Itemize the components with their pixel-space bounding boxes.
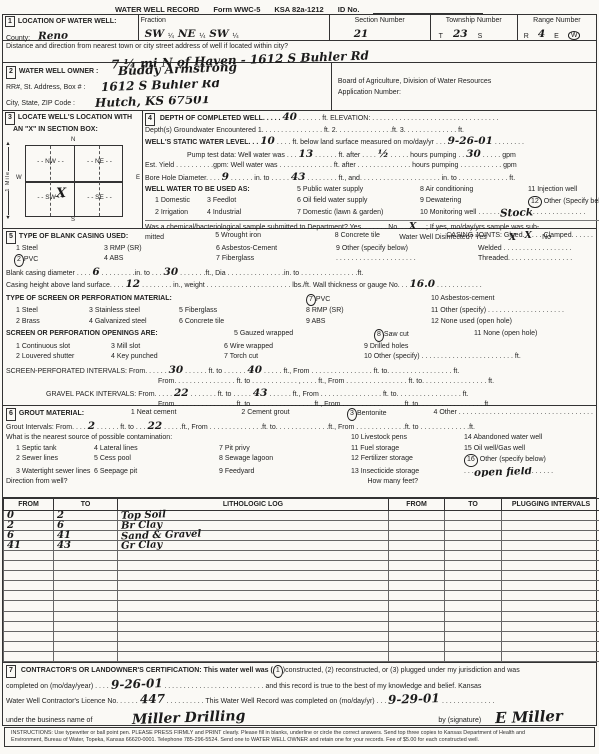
table-row: [4, 551, 599, 561]
form-id-blank: [373, 5, 483, 14]
joints-glued-x: X: [525, 231, 532, 244]
compass-n: N: [71, 137, 75, 143]
township-label: Township Number: [431, 15, 517, 26]
screen-option-3: 3 Stainless steel: [89, 306, 179, 317]
pump-hours-value: ½: [378, 149, 389, 160]
opening-option-11: 11 None (open hole): [474, 329, 537, 342]
table-row: 4143Gr Clay: [4, 541, 599, 551]
section-number-value: 21: [354, 28, 369, 40]
table-header-row: FROM TO LITHOLOGIC LOG FROM TO PLUGGING …: [4, 499, 599, 511]
form-ksa: KSA 82a-1212: [274, 5, 323, 14]
casing-height-mid: . . . . . . . . in., weight . . . . . . …: [142, 282, 407, 289]
section1-location: 1LOCATION OF WATER WELL: County: Reno Fr…: [3, 15, 596, 41]
owner-address-label: RR#, St. Address, Box # :: [6, 84, 85, 91]
static-level-value: 10: [260, 136, 275, 147]
joints-welded: Welded . . . . . . . . . . . . . . . . .…: [448, 244, 572, 255]
table-row: [4, 631, 599, 641]
direction-from-well-label: Direction from well?: [6, 477, 67, 488]
screen-option-8: 8 RMP (SR): [306, 306, 431, 317]
opening-option-9: 9 Drilled holes: [364, 342, 408, 353]
contam-option-14: 14 Abandoned water well: [464, 433, 542, 444]
section3-title-2: AN "X" IN SECTION BOX:: [3, 125, 142, 136]
use-option-3: 3 Feedlot: [207, 196, 297, 209]
constructed-1-circled: 1: [273, 665, 283, 678]
instructions-line1: INSTRUCTIONS: Use typewriter or ball poi…: [11, 730, 588, 737]
certification-line2b: . . . . . . . . . . . . . . . . . . . . …: [164, 683, 481, 690]
use-option-4: 4 Industrial: [207, 208, 297, 219]
section-box: - - NW - - - - NE - - - - SW - - - - SE …: [25, 145, 123, 217]
contam-option-6: 6 Seepage pit: [94, 467, 219, 478]
chem-sample-line2: . . ; If yes, mo/day/yrs sample was sub-: [418, 224, 539, 231]
section7-certification: 7 CONTRACTOR'S OR LANDOWNER'S CERTIFICAT…: [3, 662, 596, 725]
form-id-label: ID No.: [338, 5, 360, 14]
opening-option-7: 7 Torch cut: [224, 352, 364, 363]
certification-line3a: Water Well Contractor's Licence No. . . …: [6, 698, 138, 705]
table-row: 641Sand & Gravel: [4, 531, 599, 541]
casing-option-7: 7 Fiberglass: [216, 254, 336, 267]
litho-to: 41: [57, 531, 71, 540]
screen-option-5: 5 Fiberglass: [179, 306, 306, 317]
use-other-after: . . . . . . . . . . . . . .: [533, 208, 586, 219]
quarter-mark-2: ¼: [199, 33, 205, 40]
casing-option-1: 1 Steel: [6, 244, 104, 255]
section4-depth: 4 DEPTH OF COMPLETED WELL. . . . . 40 . …: [143, 111, 599, 228]
certification-line3b: . . . . . . . . . . This Water Well Reco…: [167, 698, 387, 705]
well-x-mark: X: [56, 186, 66, 201]
township-t: T: [439, 33, 443, 40]
water-well-record-form: WATER WELL RECORD Form WWC-5 KSA 82a-121…: [0, 0, 599, 754]
opening-option-2: 2 Louvered shutter: [6, 352, 111, 363]
completed-date-value: 9-26-01: [110, 678, 162, 692]
pump-after: . . . . . gpm: [483, 152, 516, 159]
static-level-label: WELL'S STATIC WATER LEVEL. . .: [145, 139, 258, 146]
casing-option-3: 3 RMP (SR): [104, 244, 216, 255]
fraction-label: Fraction: [139, 15, 329, 26]
form-number: Form WWC-5: [213, 5, 260, 14]
instructions-line2: Environment, Bureau of Water, Topeka, Ka…: [11, 737, 588, 744]
contam-option-16: Other (specify below): [480, 456, 546, 463]
litho-to: 2: [57, 511, 64, 520]
quarter-mark-1: ¼: [168, 33, 174, 40]
section7-number: 7: [6, 665, 16, 678]
bore-mid: . . . . . . in. to . . . . .: [231, 175, 289, 182]
litho-from: 41: [7, 541, 21, 550]
opening-option-5: 5 Gauzed wrapped: [234, 329, 374, 342]
casing-diameter-label: Blank casing diameter . . . .: [6, 270, 90, 277]
owner-address-value: 1612 S Buhler Rd: [101, 80, 220, 93]
spi-mid: . . . . . . ft. to . . . . . .: [185, 368, 245, 375]
section2-number: 2: [6, 66, 16, 79]
opening-option-8-circled: 8: [374, 329, 384, 342]
quadrant-nw: - - NW - -: [26, 158, 75, 165]
contam-option-15: 15 Oil well/Gas well: [464, 444, 525, 455]
certification-line1b: )constructed, (2) reconstructed, or (3) …: [283, 667, 520, 674]
township-s: S: [478, 33, 483, 40]
use-option-9: 9 Dewatering: [420, 196, 528, 209]
pump-depth-value: 13: [299, 149, 314, 160]
contam-option-9: 9 Feedyard: [219, 467, 351, 478]
litho-from: 0: [7, 511, 14, 520]
spi-to-value: 40: [247, 365, 262, 376]
screen-option-9: 9 ABS: [306, 317, 431, 328]
range-label: Range Number: [518, 15, 596, 26]
form-header: WATER WELL RECORD Form WWC-5 KSA 82a-121…: [0, 0, 599, 14]
fraction-value-1: SW: [145, 28, 164, 40]
spi-after: . . . . . ft., From . . . . . . . . . . …: [264, 368, 459, 375]
contam-option-2: 2 Sewer lines: [6, 454, 94, 467]
contam-option-5: 5 Cess pool: [94, 454, 219, 467]
grout-option-1: 1 Neat cement: [131, 408, 241, 421]
litho-to: 43: [57, 541, 71, 550]
litho-from: 2: [7, 521, 14, 530]
static-level-date: 9-26-01: [448, 136, 493, 147]
joints-clamped: . . . Clamped. . . . . .: [532, 231, 593, 244]
use-option-8: 8 Air conditioning: [420, 185, 528, 196]
screen-option-7-circled: 7: [306, 294, 316, 307]
county-label: County:: [6, 35, 30, 42]
casing-diameter-after: . . . . . . .ft., Dia . . . . . . . . . …: [180, 270, 363, 277]
instructions-footer: INSTRUCTIONS: Use typewriter or ball poi…: [4, 727, 595, 747]
est-yield-line: Est. Yield . . . . . . . . . .gpm: Well …: [145, 161, 599, 172]
county-value: Reno: [38, 29, 68, 42]
contam-option-4: 4 Lateral lines: [94, 444, 219, 455]
grout-option-4: 4 Other . . . . . . . . . . . . . . . . …: [434, 408, 593, 421]
joints-threaded: Threaded. . . . . . . . . . . . . . . . …: [448, 254, 572, 267]
owner-value: Buddy Armstrong: [118, 64, 237, 77]
gpi-after: . . . . . . ft., From . . . . . . . . . …: [269, 391, 468, 398]
gpi-label: GRAVEL PACK INTERVALS: From. . . . .: [46, 391, 172, 398]
chem-no-x: X: [409, 221, 416, 232]
opening-option-4: 4 Key punched: [111, 352, 224, 363]
contam-other-value: open field: [474, 467, 532, 478]
quarter-mark-3: ¼: [233, 33, 239, 40]
table-row: 02Top Soil: [4, 511, 599, 521]
bore-label: Bore Hole Diameter. . . .: [145, 175, 220, 182]
depth-after: . . . . . . ft. ELEVATION: . . . . . . .…: [299, 115, 499, 122]
table-row: [4, 611, 599, 621]
record-completed-date-value: 9-29-01: [388, 693, 440, 707]
pump-mid1: . . . . . . ft. after . . . .: [315, 152, 376, 159]
depth-value: 40: [282, 112, 297, 123]
joints-label: CASING JOINTS: Glued.: [446, 231, 524, 244]
grout-intervals-label: Grout Intervals: From. . . .: [6, 424, 86, 431]
casing-option-2: PVC: [24, 256, 38, 263]
pump-test-label: Pump test data: Well water was . . .: [187, 152, 297, 159]
use-option-6: 6 Oil field water supply: [297, 196, 420, 209]
section5-casing: 5TYPE OF BLANK CASING USED: 5 Wrought ir…: [3, 229, 596, 406]
section6-grout: 6GROUT MATERIAL: 1 Neat cement 2 Cement …: [3, 406, 596, 498]
use-option-1: 1 Domestic: [145, 196, 207, 209]
contam-option-8: 8 Sewage lagoon: [219, 454, 351, 467]
range-r: R: [524, 33, 529, 40]
section3-title-1: LOCATE WELL'S LOCATION WITH: [18, 114, 132, 121]
casing-diameter-value: 6: [92, 267, 99, 278]
chem-sample-line: Was a chemical/bacteriological sample su…: [145, 224, 407, 231]
opening-option-8: Saw cut: [384, 331, 409, 338]
screen-option-7: PVC: [316, 296, 330, 303]
table-row: [4, 601, 599, 611]
owner-city-label: City, State, ZIP Code :: [6, 100, 75, 107]
table-row: 26Br Clay: [4, 521, 599, 531]
pump-mid2: . . . . . hours pumping . .: [391, 152, 465, 159]
grout-option-3: Bentonite: [357, 410, 387, 417]
use-as-label: WELL WATER TO BE USED AS:: [145, 185, 297, 196]
fraction-value-3: SW: [209, 28, 228, 40]
gauge-value: 16.0: [409, 279, 435, 290]
compass-w: W: [16, 175, 22, 181]
lithologic-log-table: FROM TO LITHOLOGIC LOG FROM TO PLUGGING …: [3, 498, 599, 662]
grout-option-2: 2 Cement grout: [241, 408, 347, 421]
pump-gpm-value: 30: [466, 149, 481, 160]
distance-row: Distance and direction from nearest town…: [3, 41, 596, 63]
opening-option-1: 1 Continuous slot: [6, 342, 111, 353]
use-option-2: 2 Irrigation: [145, 208, 207, 219]
bore-diameter-value: 9: [222, 172, 229, 183]
col-to: TO: [54, 499, 118, 511]
one-mile-scale: ▲ 1 Mile ▼: [5, 141, 11, 221]
licence-number-value: 447: [139, 693, 165, 706]
use-option-11: 11 Injection well: [528, 185, 577, 196]
grout-from-value: 2: [88, 421, 95, 432]
compass-s: S: [71, 217, 75, 223]
section1-number: 1: [5, 16, 15, 27]
screen-option-11: 11 Other (specify) . . . . . . . . . . .…: [431, 306, 564, 317]
table-row: [4, 641, 599, 651]
contam-other-dots-after: . . . . . .: [532, 467, 553, 478]
screen-option-6: 6 Concrete tile: [179, 317, 306, 328]
screen-option-1: 1 Steel: [6, 306, 89, 317]
form-body: 1LOCATION OF WATER WELL: County: Reno Fr…: [2, 14, 597, 726]
range-value: 4: [538, 28, 545, 40]
casing-option-2-circled: 2: [14, 254, 24, 267]
table-row: [4, 621, 599, 631]
casing-option-4: 4 ABS: [104, 254, 216, 267]
litho-to: 6: [57, 521, 64, 530]
litho-from: 6: [7, 531, 14, 540]
spi-from-value: 30: [169, 365, 184, 376]
certification-line3c: . . . . . . . . . . . . . .: [442, 698, 495, 705]
use-option-12: Other (Specify below): [544, 198, 599, 205]
section3-number: 3: [5, 112, 15, 125]
casing-diameter-to: 30: [164, 267, 179, 278]
contam-option-7: 7 Pit privy: [219, 444, 351, 455]
litho-desc: Gr Clay: [121, 541, 163, 551]
section2-owner: 2WATER WELL OWNER : Buddy Armstrong RR#,…: [3, 63, 596, 111]
quadrant-sw: - - SW - -: [26, 194, 75, 201]
one-mile-label: 1 Mile: [5, 171, 11, 192]
grout-to-value: 22: [148, 421, 163, 432]
casing-option-6: 6 Asbestos-Cement: [216, 244, 336, 255]
section4-number: 4: [145, 113, 155, 126]
casing-option-5: 5 Wrought iron: [215, 231, 335, 244]
casing-height-label: Casing height above land surface. . . .: [6, 282, 124, 289]
use-option-12-circled: 12: [528, 196, 542, 209]
grout-option-3-circled: 3: [347, 408, 357, 421]
township-value: 23: [453, 28, 468, 40]
gpi-to-value: 43: [253, 388, 268, 399]
table-row: [4, 581, 599, 591]
bore-after: . . . . . . . . ft., and. . . . . . . . …: [307, 175, 515, 182]
signature-value: E Miller: [495, 708, 563, 727]
owner-city-value: Hutch, KS 67501: [95, 96, 210, 109]
contam-option-13: 13 Insecticide storage: [351, 467, 464, 478]
contam-option-1: 1 Septic tank: [6, 444, 94, 455]
table-row: [4, 561, 599, 571]
screen-option-10: 10 Asbestos-cement: [431, 294, 494, 307]
range-w-circled: W: [568, 31, 581, 40]
casing-option-8: 8 Concrete tile: [335, 231, 447, 244]
form-title: WATER WELL RECORD: [115, 5, 199, 14]
col-to-2: TO: [445, 499, 502, 511]
casing-height-value: 12: [125, 279, 140, 290]
contamination-title: What is the nearest source of possible c…: [6, 433, 351, 444]
section3-4: 3LOCATE WELL'S LOCATION WITH AN "X" IN S…: [3, 111, 596, 229]
owner-label: WATER WELL OWNER :: [19, 68, 98, 75]
groundwater-line: Depth(s) Groundwater Encountered 1. . . …: [145, 126, 599, 137]
screen-option-12: 12 None used (open hole): [431, 317, 512, 328]
compass-e: E: [136, 175, 140, 181]
screen-material-title: TYPE OF SCREEN OR PERFORATION MATERIAL:: [6, 294, 306, 307]
table-row: [4, 571, 599, 581]
how-many-feet-label: How many feet?: [367, 477, 418, 488]
static-level-mid: . . . . ft. below land surface measured …: [277, 139, 446, 146]
col-from-2: FROM: [389, 499, 445, 511]
casing-option-9: 9 Other (specify below): [336, 244, 448, 255]
use-option-10: 10 Monitoring well . . . . . .: [420, 208, 500, 219]
certification-line1a: CONTRACTOR'S OR LANDOWNER'S CERTIFICATIO…: [21, 667, 273, 674]
use-option-5: 5 Public water supply: [297, 185, 420, 196]
use-other-value: Stock: [500, 208, 533, 219]
casing-diameter-mid: . . . . . . . . .in. to . . .: [102, 270, 162, 277]
col-from: FROM: [4, 499, 54, 511]
static-level-after: . . . . . . . .: [495, 139, 524, 146]
contam-option-16-circled: 16: [464, 454, 478, 467]
quadrant-ne: - - NE - -: [75, 158, 124, 165]
gpi-mid: . . . . . . . ft. to . . . . .: [191, 391, 251, 398]
application-number-label: Application Number:: [338, 88, 596, 99]
grout-after: . . . . .ft., From . . . . . . . . . . .…: [164, 424, 475, 431]
opening-option-6: 6 Wire wrapped: [224, 342, 364, 353]
spi-line2: From. . . . . . . . . . . . . . . . ft. …: [6, 377, 593, 388]
spi-label: SCREEN-PERFORATED INTERVALS: From. . . .…: [6, 368, 167, 375]
board-label: Board of Agriculture, Division of Water …: [338, 77, 596, 88]
table-row: [4, 591, 599, 601]
contam-option-10: 10 Livestock pens: [351, 433, 464, 444]
contam-option-3: 3 Watertight sewer lines: [6, 467, 94, 478]
use-option-7: 7 Domestic (lawn & garden): [297, 208, 420, 219]
screen-option-4: 4 Galvanized steel: [89, 317, 179, 328]
arrow-down-icon: ▼: [5, 215, 10, 221]
depth-label: DEPTH OF COMPLETED WELL. . . . .: [160, 115, 281, 122]
casing-option-9-dots: . . . . . . . . . . . . . . . . . . . . …: [336, 254, 448, 267]
section5-number: 5: [6, 231, 16, 244]
section-number-label: Section Number: [330, 15, 430, 26]
contam-other-dots-before: . . .: [464, 467, 474, 478]
quadrant-se: - - SE - -: [75, 194, 124, 201]
opening-option-3: 3 Mill slot: [111, 342, 224, 353]
business-name-value: Miller Drilling: [132, 708, 246, 729]
bore-to-value: 43: [291, 172, 306, 183]
section6-number: 6: [6, 408, 16, 421]
section3-location-box: 3LOCATE WELL'S LOCATION WITH AN "X" IN S…: [3, 111, 143, 229]
contam-option-12: 12 Fertilizer storage: [351, 454, 464, 467]
gpi-from-value: 22: [174, 388, 189, 399]
grout-title: GROUT MATERIAL:: [19, 410, 84, 417]
table-row: [4, 651, 599, 661]
fraction-value-2: NE: [178, 28, 196, 40]
gauge-after: . . . . . . . . . . . .: [437, 282, 482, 289]
grout-mid: . . . . . . ft. to . . .: [97, 424, 146, 431]
section1-title: LOCATION OF WATER WELL:: [18, 18, 117, 25]
opening-option-10: 10 Other (specify) . . . . . . . . . . .…: [364, 352, 521, 363]
screen-option-2: 2 Brass: [6, 317, 89, 328]
col-plugging-intervals: PLUGGING INTERVALS: [502, 499, 599, 511]
range-e: E: [554, 33, 559, 40]
openings-title: SCREEN OR PERFORATION OPENINGS ARE:: [6, 329, 234, 342]
casing-title: TYPE OF BLANK CASING USED:: [19, 233, 128, 240]
contam-option-11: 11 Fuel storage: [351, 444, 464, 455]
certification-line2a: completed on (mo/day/year) . . . .: [6, 683, 109, 690]
